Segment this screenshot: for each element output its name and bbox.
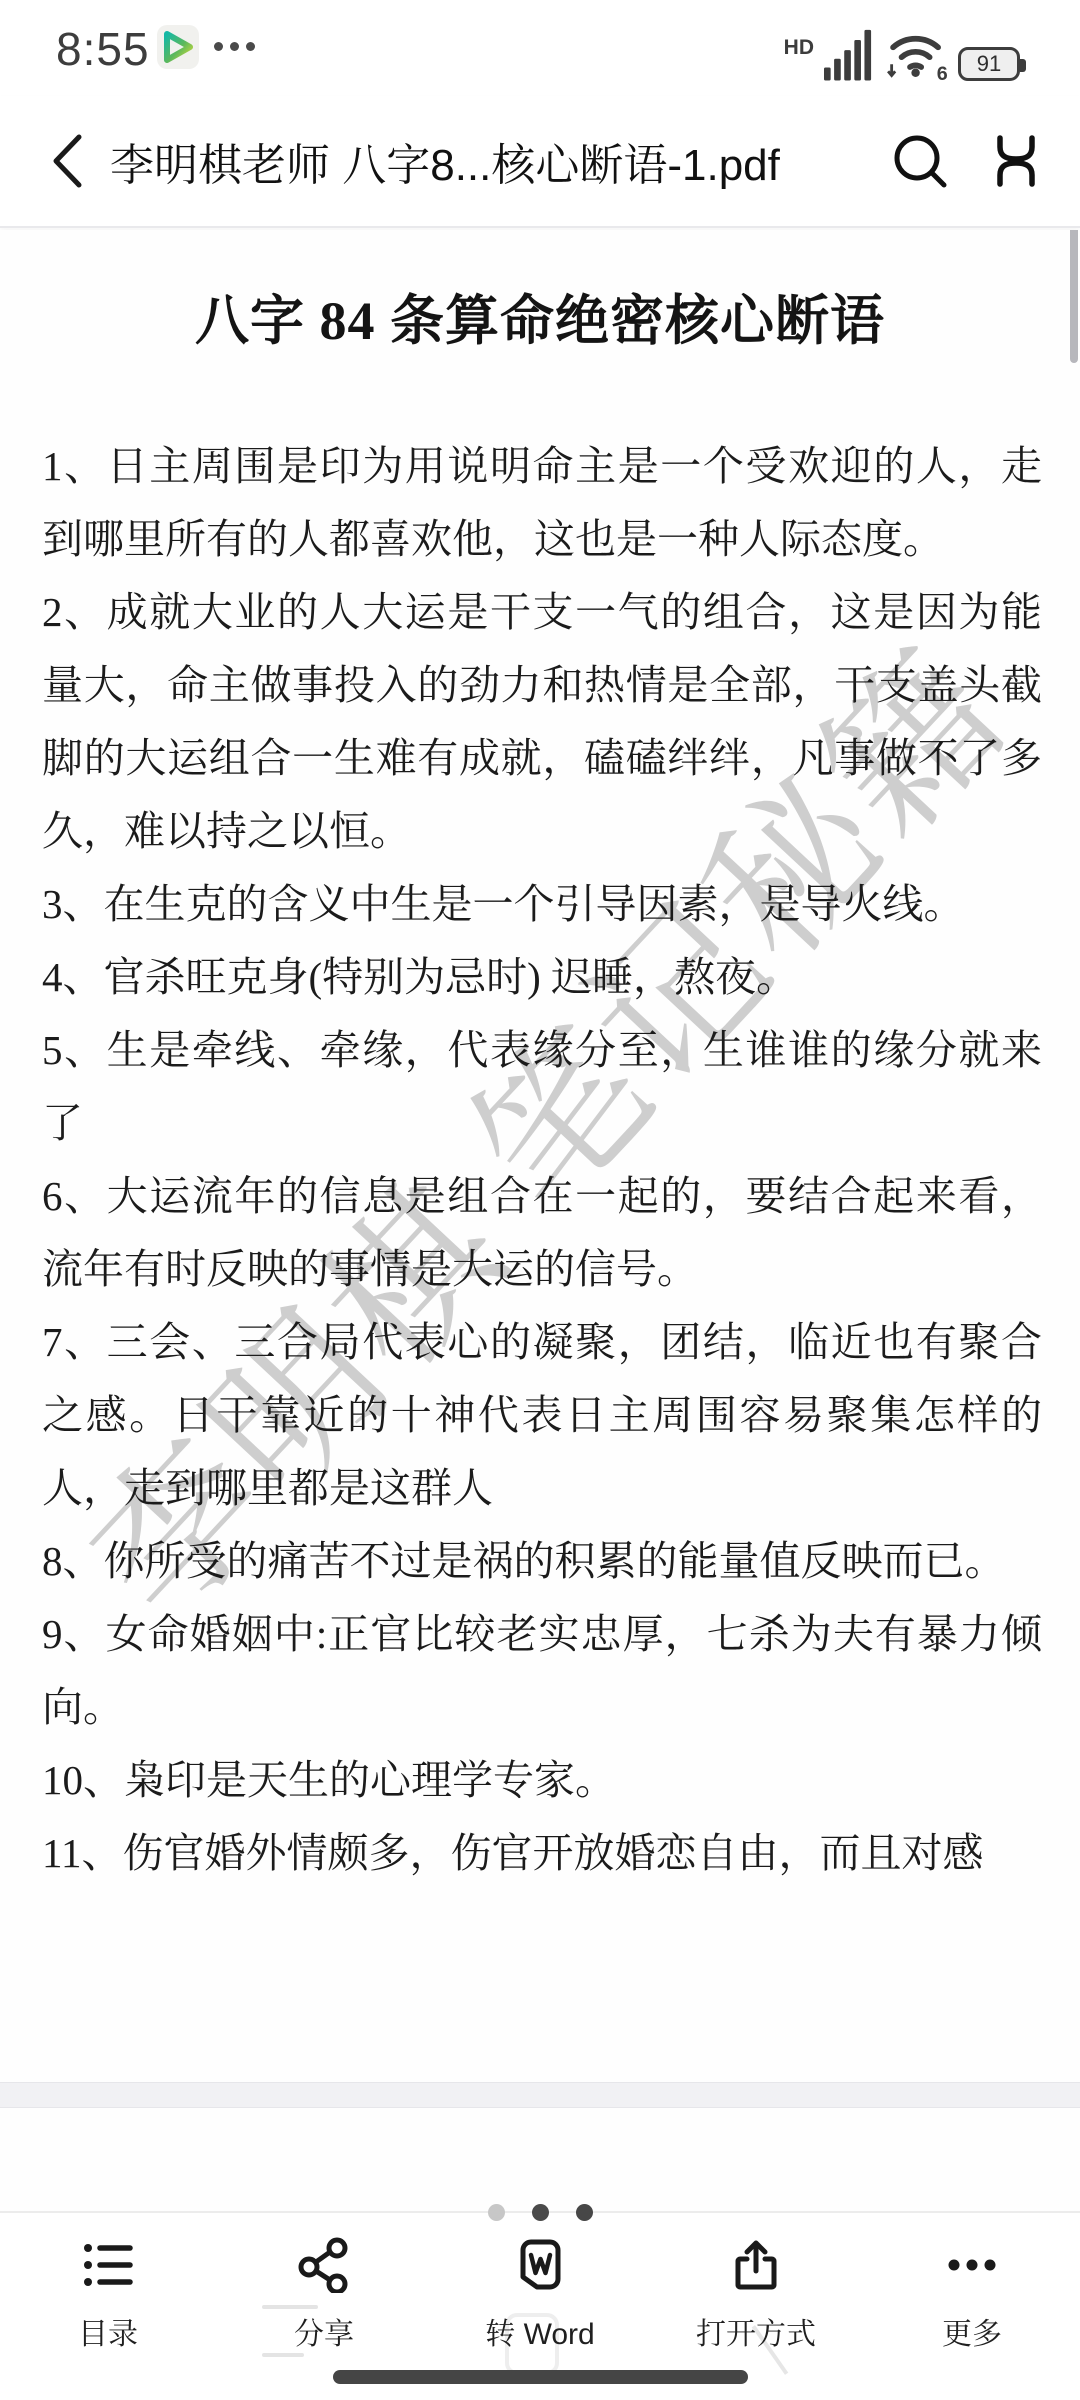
nav-bar: 李明棋老师 八字8...核心断语-1.pdf (0, 96, 1080, 228)
doc-paragraph: 6、大运流年的信息是组合在一起的，要结合起来看，流年有时反映的事情是大运的信号。 (42, 1160, 1042, 1306)
toolbar-item-convert-word[interactable]: 转 Word (432, 2237, 648, 2353)
scrollbar-thumb[interactable] (1070, 230, 1078, 363)
battery-indicator: 91 (958, 47, 1020, 81)
doc-paragraph: 7、三会、三合局代表心的凝聚，团结，临近也有聚合之感。日干靠近的十神代表日主周围… (42, 1306, 1042, 1525)
share-nodes-icon (296, 2237, 352, 2293)
document-body: 1、日主周围是印为用说明命主是一个受欢迎的人，走到哪里所有的人都喜欢他，这也是一… (42, 430, 1042, 1890)
reflow-view-icon (988, 133, 1044, 189)
doc-paragraph: 5、生是牵线、牵缘，代表缘分至，生谁谁的缘分就来了 (42, 1014, 1042, 1160)
pdf-page-1[interactable]: 李明棋 笔记秘籍 八字 84 条算命绝密核心断语 1、日主周围是印为用说明命主是… (0, 230, 1080, 2082)
page-dot (576, 2204, 593, 2221)
phone-screen: 8:55 HD (0, 0, 1080, 2400)
doc-paragraph: 3、在生克的含义中生是一个引导因素，是导火线。 (42, 868, 1042, 941)
doc-paragraph: 11、伤官婚外情颇多，伤官开放婚恋自由，而且对感 (42, 1817, 1042, 1890)
doc-paragraph: 8、你所受的痛苦不过是祸的积累的能量值反映而已。 (42, 1525, 1042, 1598)
search-button[interactable] (888, 129, 952, 193)
battery-nub (1020, 59, 1026, 72)
search-icon (891, 132, 949, 190)
page-indicator-dots (0, 2204, 1080, 2221)
toolbar-item-open-with[interactable]: 打开方式 (648, 2237, 864, 2353)
open-with-icon (728, 2237, 784, 2293)
toolbar-item-share[interactable]: 分享 (216, 2237, 432, 2353)
toolbar-label: 更多 (942, 2309, 1002, 2353)
status-bar-right-cluster: HD 6 (784, 24, 1020, 82)
bottom-toolbar: 目录 分享 转 Word (0, 2211, 1080, 2400)
page-dot (532, 2204, 549, 2221)
video-app-notification-icon (157, 25, 199, 69)
back-button[interactable] (44, 129, 90, 193)
toolbar-items: 目录 分享 转 Word (0, 2237, 1080, 2353)
play-triangle-icon (163, 31, 193, 63)
watermark-ghost (262, 2353, 304, 2357)
wifi6-icon: 6 (886, 24, 948, 82)
toolbar-item-catalog[interactable]: 目录 (0, 2237, 216, 2353)
status-bar: 8:55 HD (0, 0, 1080, 96)
wifi-generation-label: 6 (937, 63, 948, 82)
doc-paragraph: 9、女命婚姻中:正官比较老实忠厚，七杀为夫有暴力倾向。 (42, 1598, 1042, 1744)
pdf-page-2[interactable] (0, 2108, 1080, 2211)
page-dot (488, 2204, 505, 2221)
toolbar-label: 转 Word (485, 2309, 594, 2353)
toolbar-label: 打开方式 (696, 2309, 816, 2353)
more-notifications-dots-icon (214, 42, 255, 51)
more-dots-icon (944, 2237, 1000, 2293)
outline-list-icon (80, 2237, 136, 2293)
reader-view-button[interactable] (984, 129, 1048, 193)
doc-paragraph: 4、官杀旺克身(特别为忌时) 迟睡，熬夜。 (42, 941, 1042, 1014)
battery-percent: 91 (977, 51, 1001, 77)
signal-strength-icon (824, 24, 876, 82)
toolbar-label: 目录 (78, 2309, 138, 2353)
doc-paragraph: 1、日主周围是印为用说明命主是一个受欢迎的人，走到哪里所有的人都喜欢他，这也是一… (42, 430, 1042, 576)
chevron-left-icon (49, 132, 85, 190)
toolbar-item-more[interactable]: 更多 (864, 2237, 1080, 2353)
home-indicator[interactable] (333, 2370, 748, 2384)
word-convert-icon (512, 2237, 568, 2293)
page-separator (0, 2082, 1080, 2108)
document-title: 八字 84 条算命绝密核心断语 (0, 278, 1080, 355)
doc-paragraph: 2、成就大业的人大运是干支一气的组合，这是因为能量大，命主做事投入的劲力和热情是… (42, 576, 1042, 868)
hd-indicator: HD (784, 36, 814, 60)
doc-paragraph: 10、枭印是天生的心理学专家。 (42, 1744, 1042, 1817)
toolbar-label: 分享 (294, 2309, 354, 2353)
clock-time: 8:55 (56, 22, 150, 76)
file-title: 李明棋老师 八字8...核心断语-1.pdf (110, 129, 780, 193)
